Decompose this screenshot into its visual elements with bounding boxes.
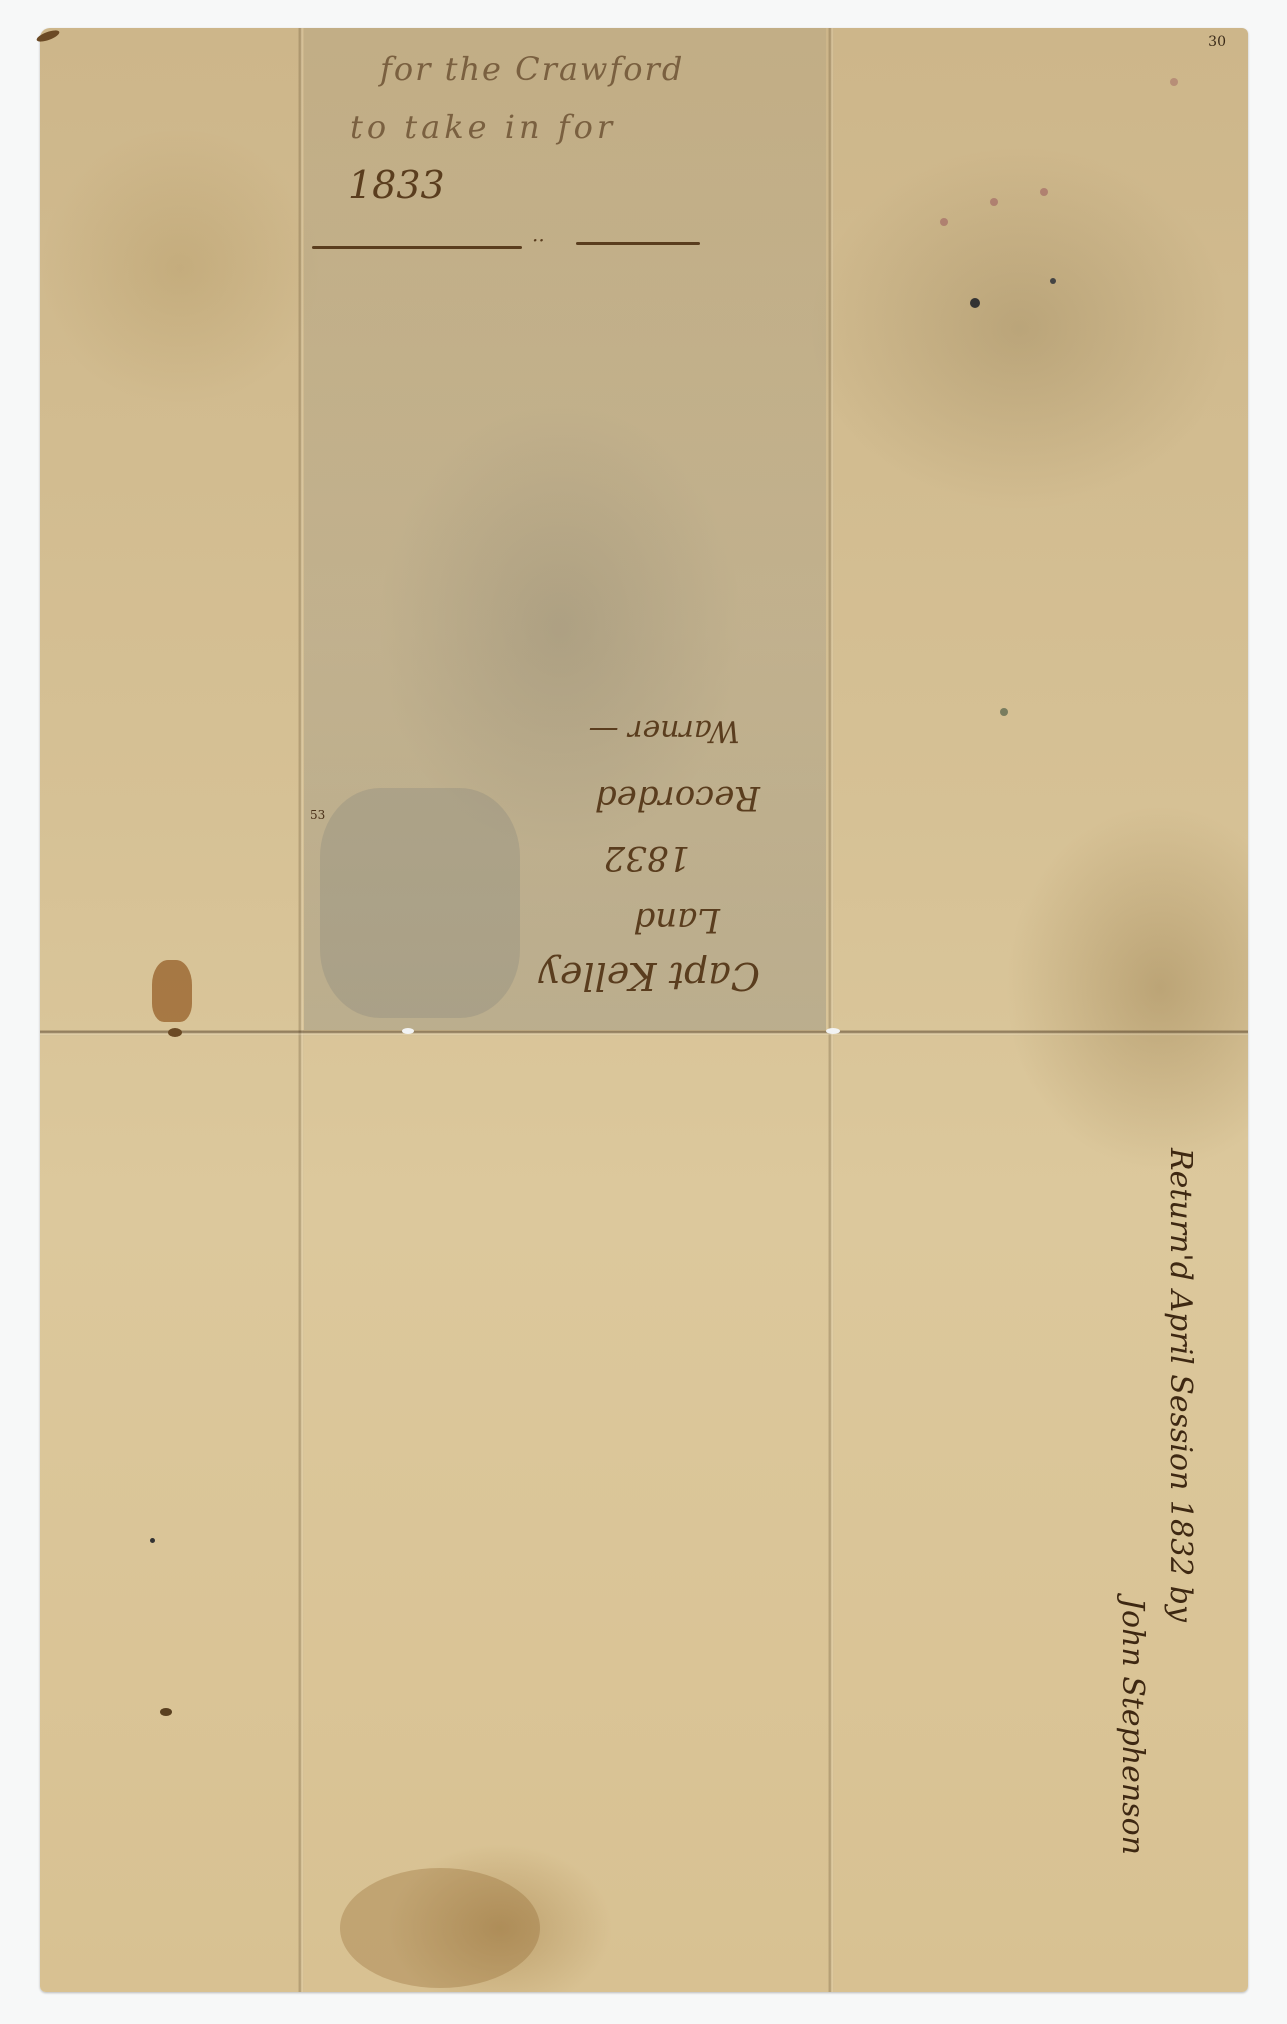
spot [1050,278,1056,284]
vertical-fold-right [828,28,834,1992]
inverted-line-2: Land [633,900,720,940]
spot [1170,78,1178,86]
horizontal-fold [40,1030,1248,1036]
side-mark: 53 [310,808,325,822]
docket-rule-right [576,242,700,245]
water-stain [152,960,192,1022]
inverted-line-1: Capt Kelley [538,954,760,998]
spot [990,198,998,206]
inverted-line-4: Recorded [595,778,760,818]
docket-line-2: to take in for [350,108,616,146]
fold-hole [826,1028,840,1034]
corner-mark [35,28,60,44]
inverted-line-3: 1832 [603,838,690,878]
return-note-line-2: John Stephenson [1115,1598,1150,1855]
inverted-line-5: Warner — [589,713,740,748]
docket-line-1: for the Crawford [380,50,684,88]
spot [970,298,980,308]
docket-rule-left [312,246,522,249]
fold-hole [402,1028,414,1034]
manuscript-sheet: 30 for the Crawford to take in for 1833 … [40,28,1248,1992]
spot [150,1538,155,1543]
bottom-stain [340,1868,540,1988]
docket-year: 1833 [348,163,445,207]
page-number: 30 [1208,34,1226,50]
ink-blot [168,1028,182,1037]
spot [1040,188,1048,196]
spot [160,1708,172,1716]
spot [940,218,948,226]
docket-rule-dots: ·· [532,228,545,252]
spot [1000,708,1008,716]
return-note-line-1: Return'd April Session 1832 by [1163,1148,1198,1622]
inverted-docket: Capt Kelley Land 1832 Recorded Warner — [340,668,780,998]
